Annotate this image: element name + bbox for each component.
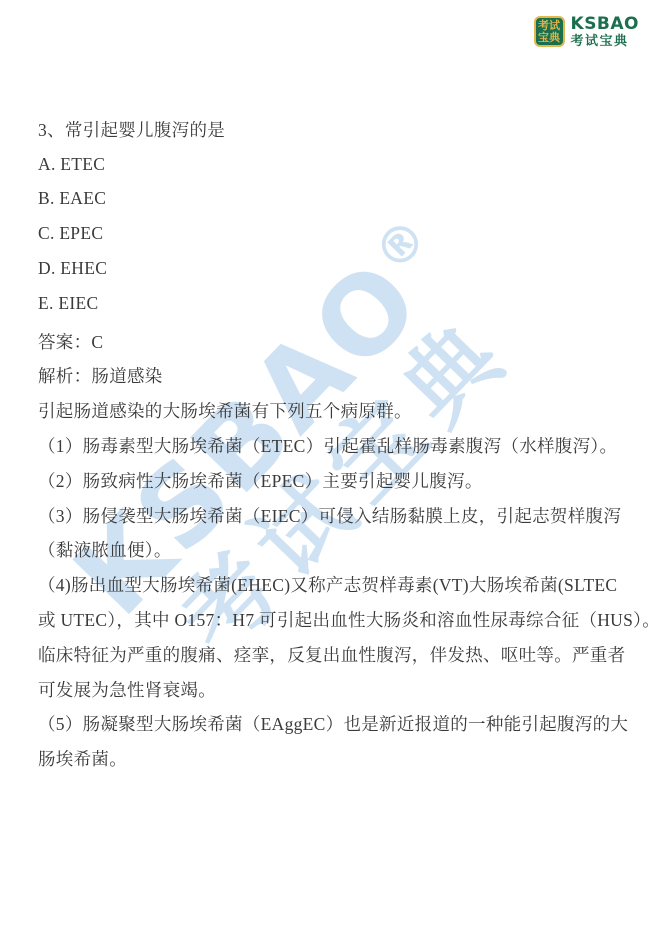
explanation-line: 肠埃希菌。 [38,741,630,776]
badge-text-bottom: 宝典 [538,32,560,44]
explanation-line: （5）肠凝聚型大肠埃希菌（EAggEC）也是新近报道的一种能引起腹泻的大 [38,707,630,742]
badge-text-top: 考试 [538,20,560,32]
explanation-line: （4)肠出血型大肠埃希菌(EHEC)又称产志贺样毒素(VT)大肠埃希菌(SLTE… [38,567,630,602]
analysis-line: 解析：肠道感染 [38,359,630,394]
explanation-line: 临床特征为严重的腹痛、痉挛，反复出血性腹泻，伴发热、呕吐等。严重者 [38,637,630,672]
option-e: E. EIEC [38,286,630,321]
explanation-line: （1）肠毒素型大肠埃希菌（ETEC）引起霍乱样肠毒素腹泻（水样腹泻）。 [38,428,630,463]
explanation-line: （黏液脓血便）。 [38,533,630,568]
brand-name-en: KSBAO [571,15,639,33]
exam-document-page: KSBAO® 考试宝典 考试 宝典 KSBAO 考试宝典 3、常引起婴儿腹泻的是… [0,0,660,934]
ksbao-badge-icon: 考试 宝典 [534,16,565,47]
option-d: D. EHEC [38,251,630,286]
explanation-line: 可发展为急性肾衰竭。 [38,672,630,707]
brand-name-zh: 考试宝典 [571,33,639,48]
explanation-line: （3）肠侵袭型大肠埃希菌（EIEC）可侵入结肠黏膜上皮，引起志贺样腹泻 [38,498,630,533]
question-stem: 3、常引起婴儿腹泻的是 [38,112,630,147]
option-a: A. ETEC [38,147,630,182]
explanation-line: 引起肠道感染的大肠埃希菌有下列五个病原群。 [38,393,630,428]
option-c: C. EPEC [38,216,630,251]
option-b: B. EAEC [38,182,630,217]
explanation-line: （2）肠致病性大肠埃希菌（EPEC）主要引起婴儿腹泻。 [38,463,630,498]
answer-line: 答案：C [38,324,630,359]
ksbao-logo: 考试 宝典 KSBAO 考试宝典 [534,15,639,48]
question-content: 3、常引起婴儿腹泻的是 A. ETEC B. EAEC C. EPEC D. E… [0,0,660,934]
logo-wordmark: KSBAO 考试宝典 [571,15,639,48]
explanation-line: 或 UTEC），其中 O157：H7 可引起出血性大肠炎和溶血性尿毒综合征（HU… [38,602,630,637]
